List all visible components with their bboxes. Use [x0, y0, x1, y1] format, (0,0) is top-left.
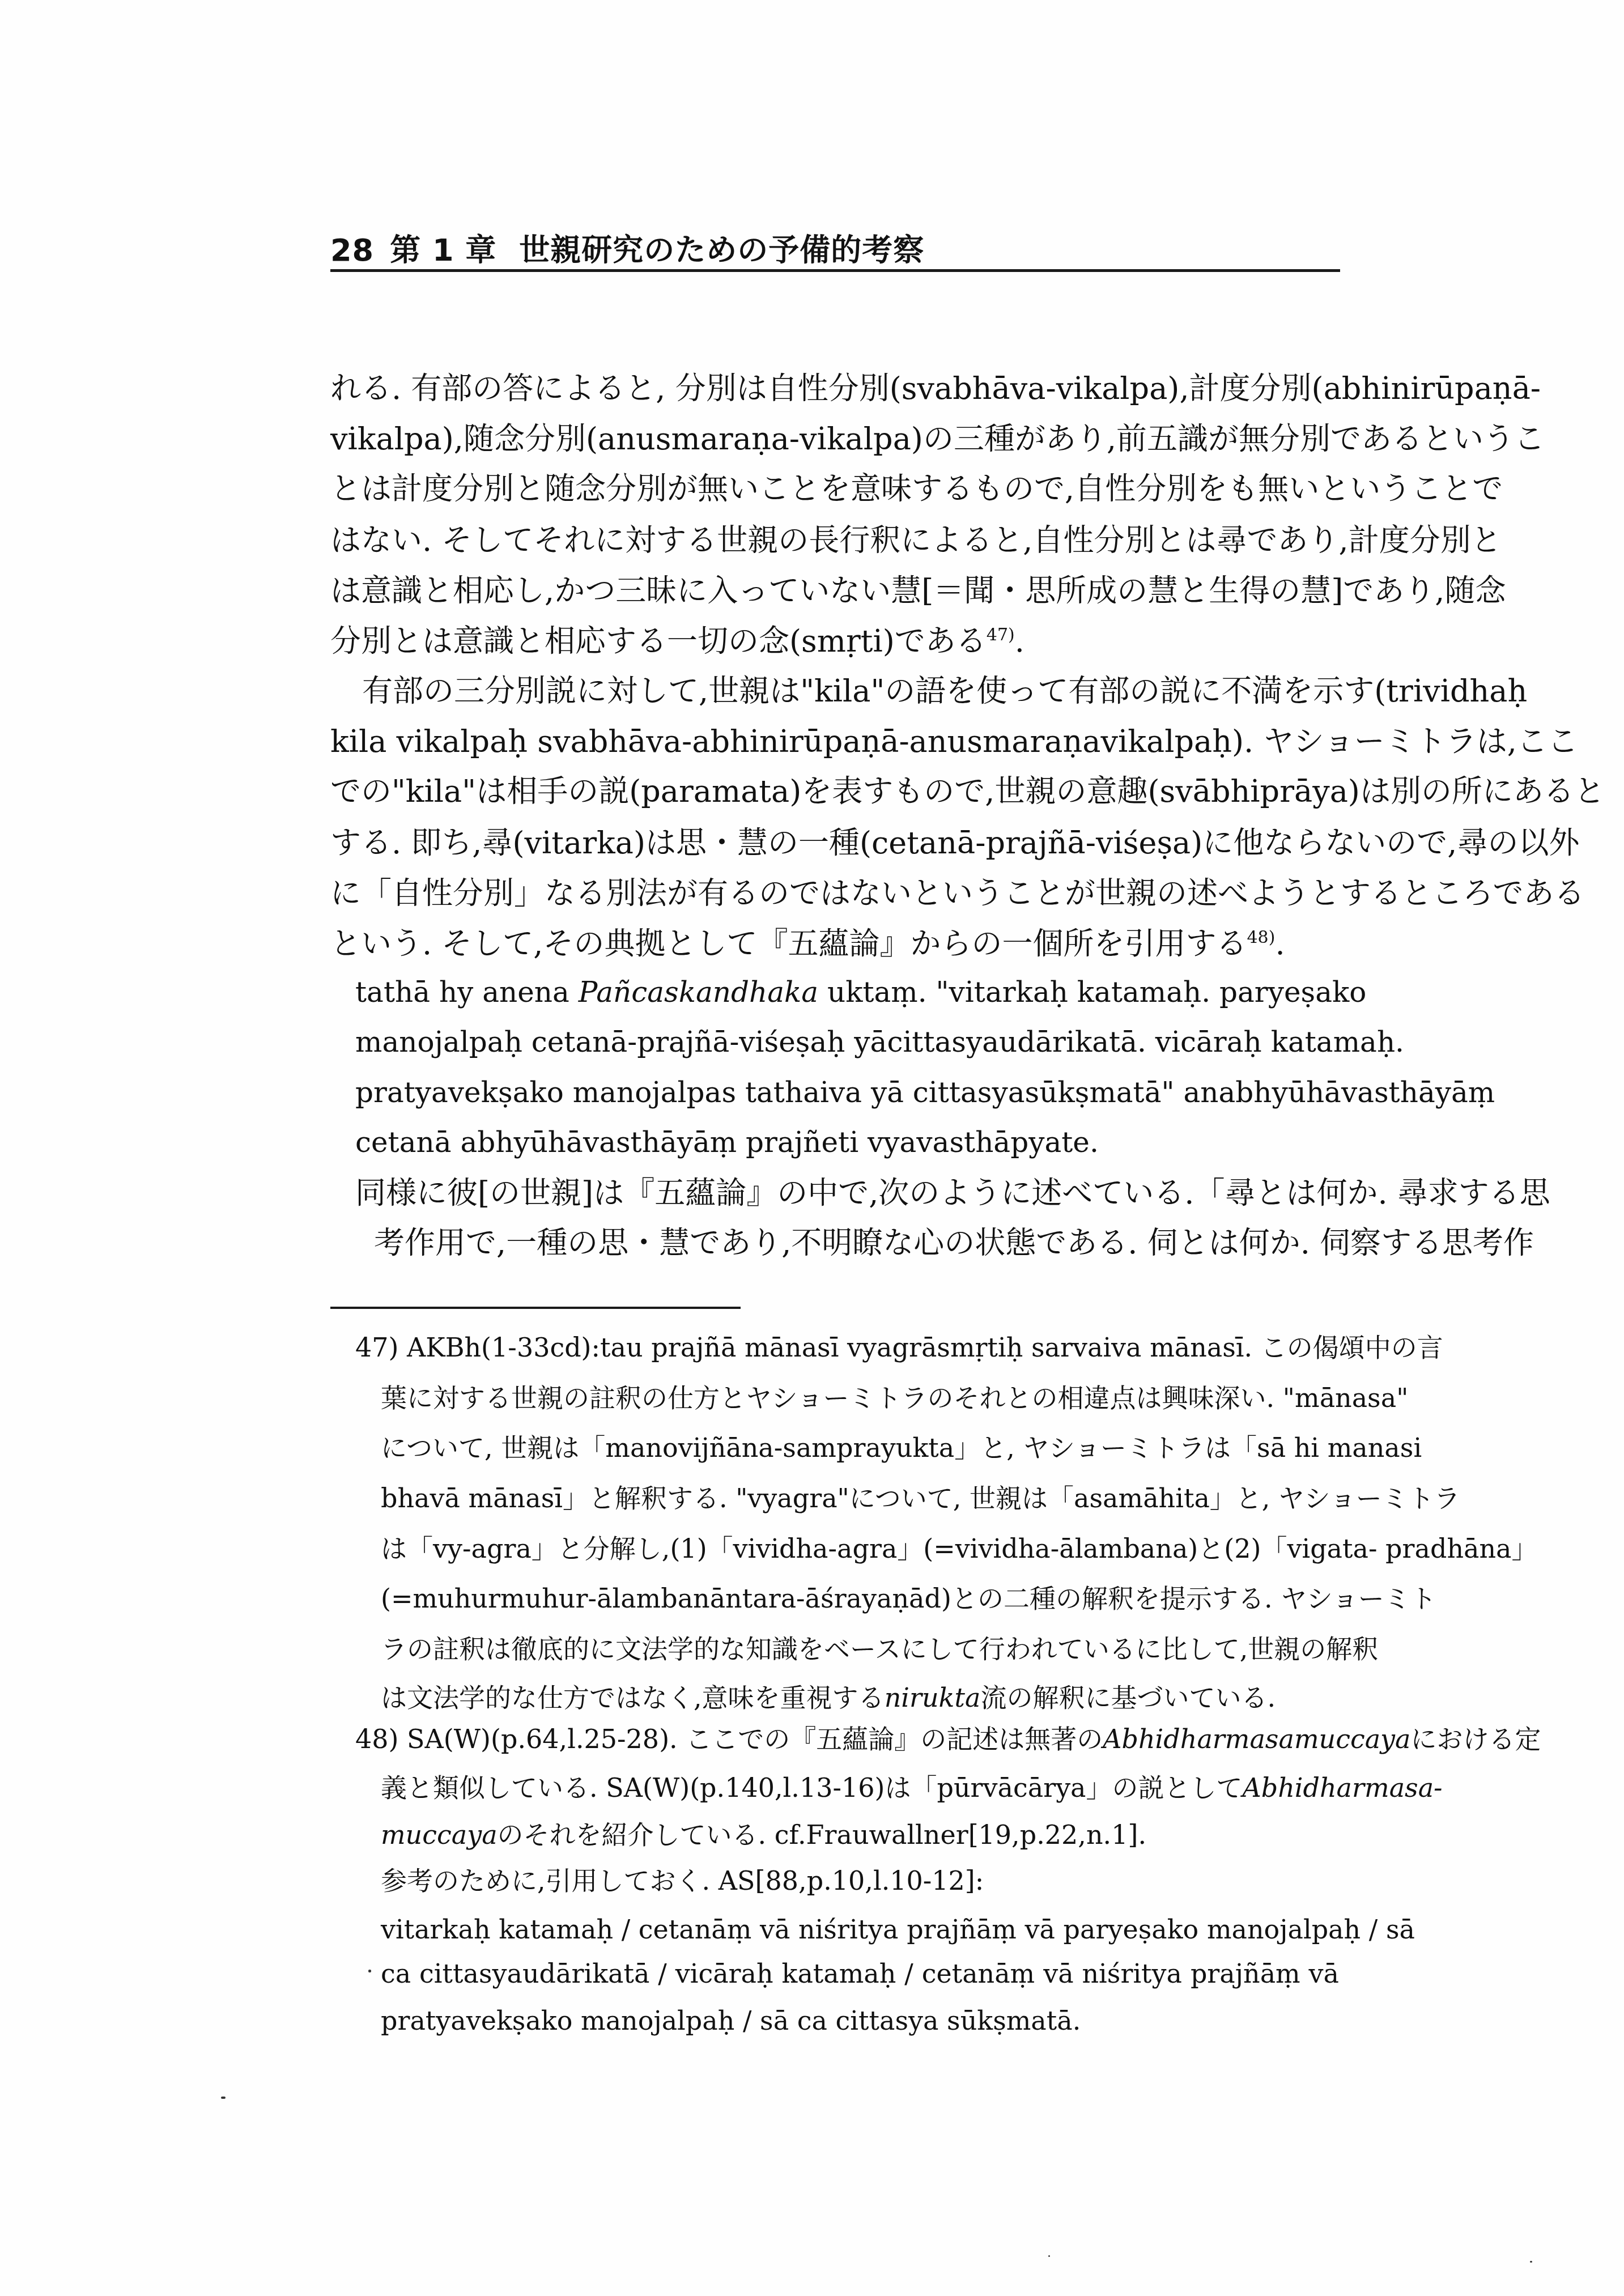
body-line: はない. そしてそれに対する世親の長行釈によると,自性分別とは尋であり,計度分別…: [330, 515, 1339, 566]
footnote-48-line: 義と類似している. SA(W)(p.140,l.13-16)は「pūrvācār…: [381, 1763, 1339, 1812]
footnote-47-line: は「vy-agra」と分解し,(1)「vividha-agra」(=vividh…: [381, 1524, 1339, 1573]
quote-line: tathā hy anena Pañcaskandhaka uktaṃ. "vi…: [355, 967, 1339, 1018]
punctuation: .: [1015, 623, 1024, 659]
footnote-text: は文法学的な仕方ではなく,意味を重視する: [381, 1682, 885, 1713]
footnote-48-line: 48) SA(W)(p.64,l.25-28). ここでの『五蘊論』の記述は無著…: [355, 1715, 1339, 1763]
footnote-47-line: bhavā mānasī」と解釈する. "vyagra"について, 世親は「as…: [381, 1474, 1339, 1523]
book-page: 28第 1 章世親研究のための予備的考察 れる. 有部の答によると, 分別は自性…: [0, 0, 1624, 2296]
term-nirukta: nirukta: [885, 1682, 981, 1713]
footnote-rule: [330, 1307, 741, 1309]
footnote-text: における定: [1411, 1724, 1541, 1754]
quote-line: cetanā abhyūhāvasthāyāṃ prajñeti vyavast…: [355, 1117, 1339, 1168]
footnote-number: 47): [355, 1332, 398, 1363]
footnote-47-line: について, 世親は「manovijñāna-samprayukta」と, ヤショ…: [381, 1423, 1339, 1472]
footnote-ref-48[interactable]: 48): [1247, 928, 1276, 947]
body-text: という. そして,その典拠として『五蘊論』からの一個所を引用する: [330, 926, 1247, 962]
footnote-48-line: 参考のために,引用しておく. AS[88,p.10,l.10-12]:: [381, 1856, 1339, 1905]
work-title-abhidharmasamuccaya: Abhidharmasa-: [1243, 1772, 1443, 1803]
body-line: する. 即ち,尋(vitarka)は思・慧の一種(cetanā-prajñā-v…: [330, 818, 1339, 868]
body-line: とは計度分別と随念分別が無いことを意味するもので,自性分別をも無いということで: [330, 464, 1339, 514]
translation-line: 考作用で,一種の思・慧であり,不明瞭な心の状態である. 伺とは何か. 伺察する思…: [374, 1218, 1339, 1268]
punctuation: .: [1275, 926, 1285, 962]
body-line: れる. 有部の答によると, 分別は自性分別(svabhāva-vikalpa),…: [330, 363, 1339, 414]
work-title-abhidharmasamuccaya: Abhidharmasamuccaya: [1103, 1724, 1410, 1754]
body-line: という. そして,その典拠として『五蘊論』からの一個所を引用する48).: [330, 919, 1339, 969]
running-head: 28第 1 章世親研究のための予備的考察: [330, 233, 924, 267]
footnote-47-line: 47) AKBh(1-33cd):tau prajñā mānasī vyagr…: [355, 1323, 1339, 1372]
quote-line: manojalpaḥ cetanā-prajñā-viśeṣaḥ yācitta…: [355, 1017, 1339, 1068]
chapter-title: 世親研究のための予備的考察: [519, 232, 924, 268]
body-line: vikalpa),随念分別(anusmaraṇa-vikalpa)の三種があり,…: [330, 414, 1339, 464]
chapter-label: 第 1 章: [390, 232, 496, 268]
footnote-48-line: muccayaのそれを紹介している. cf.Frauwallner[19,p.2…: [381, 1810, 1339, 1859]
body-line: kila vikalpaḥ svabhāva-abhinirūpaṇā-anus…: [330, 716, 1339, 767]
footnote-47-line: ラの註釈は徹底的に文法学的な知識をベースにして行われているに比して,世親の解釈: [381, 1625, 1339, 1673]
footnote-48-line: pratyavekṣako manojalpaḥ / sā ca cittasy…: [381, 1996, 1339, 2045]
footnote-text: 流の解釈に基づいている.: [980, 1682, 1276, 1713]
translation-line: 同様に彼[の世親]は『五蘊論』の中で,次のように述べている.「尋とは何か. 尋求…: [355, 1168, 1339, 1218]
footnote-number: 48): [355, 1724, 398, 1754]
quote-text: uktaṃ. "vitarkaḥ katamaḥ. paryeṣako: [818, 976, 1366, 1009]
footnote-text: SA(W)(p.64,l.25-28). ここでの『五蘊論』の記述は無著の: [407, 1724, 1103, 1754]
scan-speck: [1048, 2255, 1050, 2257]
work-title-pancaskandhaka: Pañcaskandhaka: [579, 976, 818, 1009]
body-line: に「自性分別」なる別法が有るのではないということが世親の述べようとするところであ…: [330, 868, 1339, 919]
work-title-abhidharmasamuccaya: muccaya: [381, 1819, 498, 1850]
footnote-text: AKBh(1-33cd):tau prajñā mānasī vyagrāsmṛ…: [407, 1332, 1443, 1363]
quote-line: pratyavekṣako manojalpas tathaiva yā cit…: [355, 1068, 1339, 1118]
body-line: での"kila"は相手の説(paramata)を表すもので,世親の意趣(svāb…: [330, 766, 1339, 817]
footnote-48-line: vitarkaḥ katamaḥ / cetanāṃ vā niśritya p…: [381, 1905, 1339, 1954]
footnote-48-line: ca cittasyaudārikatā / vicāraḥ katamaḥ /…: [381, 1949, 1339, 1998]
body-line: は意識と相応し,かつ三昧に入っていない慧[＝聞・思所成の慧と生得の慧]であり,随…: [330, 566, 1339, 616]
footnote-text: 義と類似している. SA(W)(p.140,l.13-16)は「pūrvācār…: [381, 1772, 1243, 1803]
footnote-47-line: 葉に対する世親の註釈の仕方とヤショーミトラのそれとの相違点は興味深い. "mān…: [381, 1374, 1339, 1422]
footnote-text: のそれを紹介している. cf.Frauwallner[19,p.22,n.1].: [498, 1819, 1146, 1850]
body-text: 分別とは意識と相応する一切の念(smṛti)である: [330, 623, 987, 659]
quote-text: tathā hy anena: [355, 976, 579, 1009]
scan-speck: [368, 1970, 371, 1972]
header-rule: [330, 269, 1340, 272]
page-number: 28: [330, 232, 374, 268]
scan-speck: [221, 2097, 226, 2099]
body-line: 分別とは意識と相応する一切の念(smṛti)である47).: [330, 616, 1339, 666]
footnote-ref-47[interactable]: 47): [987, 625, 1015, 645]
footnote-47-line: (=muhurmuhur-ālambanāntara-āśrayaṇād)との二…: [381, 1574, 1339, 1623]
body-line: 有部の三分別説に対して,世親は"kila"の語を使って有部の説に不満を示す(tr…: [330, 666, 1339, 716]
scan-speck: [1530, 2261, 1532, 2263]
